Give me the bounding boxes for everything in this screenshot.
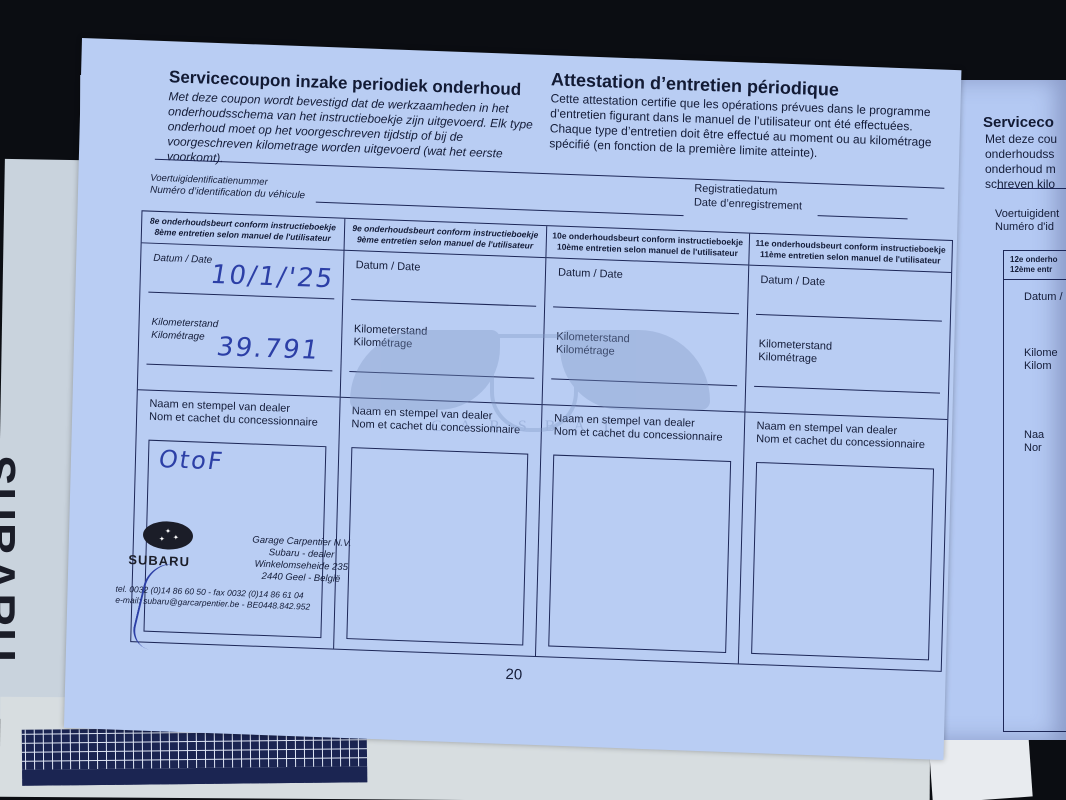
dealer-stamp-box[interactable]: [751, 462, 934, 660]
date-field[interactable]: [351, 299, 536, 307]
right-page-vin-label: Voertuigident Numéro d'id: [995, 208, 1059, 234]
coupon-9: 9e onderhoudsbeurt conform instructieboe…: [334, 219, 548, 656]
dealer-label: Naam en stempel van dealerNom et cachet …: [351, 405, 520, 437]
right-page-text: Met deze cou onderhoudss onderhoud m sch…: [985, 132, 1057, 192]
right-page-dealer-label: Naa Nor: [1024, 429, 1044, 455]
subaru-logo-icon: ✦✦✦: [143, 521, 194, 551]
dealer-stamp-box[interactable]: [346, 447, 528, 645]
dealer-handwritten: OtoF: [157, 445, 226, 475]
section-divider: [543, 404, 744, 412]
km-label: KilometerstandKilométrage: [151, 316, 218, 344]
coupon-10: 10e onderhoudsbeurt conform instructiebo…: [536, 226, 750, 663]
date-label: Datum / Date: [153, 252, 212, 267]
registration-date-field[interactable]: [818, 215, 908, 219]
page-number: 20: [505, 666, 522, 684]
coupon-8: 8e onderhoudsbeurt conform instructieboe…: [131, 211, 345, 648]
edge-brand-text: SUBARU: [0, 455, 26, 664]
coupon-header: 11e onderhoudsbeurt conform instructiebo…: [749, 234, 952, 273]
coupon-header: 9e onderhoudsbeurt conform instructieboe…: [344, 219, 546, 258]
right-page-title: Serviceco: [983, 114, 1054, 131]
km-label: KilometerstandKilométrage: [556, 331, 630, 360]
intro-dutch: Met deze coupon wordt bevestigd dat de w…: [167, 89, 549, 178]
registration-label-french: Date d’enregistrement: [694, 197, 802, 213]
section-divider: [745, 412, 947, 420]
dealer-label: Naam en stempel van dealerNom et cachet …: [756, 420, 925, 452]
vin-label-french: Numéro d’identification du véhicule: [150, 185, 305, 202]
service-coupon-page: Servicecoupon inzake periodiek onderhoud…: [64, 38, 962, 760]
coupon-header: 8e onderhoudsbeurt conform instructieboe…: [142, 211, 344, 250]
dealer-label: Naam en stempel van dealerNom et cachet …: [554, 413, 723, 445]
header-divider: [155, 159, 945, 189]
intro-french: Cette attestation certifie que les opéra…: [549, 91, 945, 165]
dealer-stamp-box[interactable]: [548, 455, 730, 653]
coupon-header: 10e onderhoudsbeurt conform instructiebo…: [546, 226, 748, 265]
date-label: Datum / Date: [355, 259, 420, 274]
km-label: KilometerstandKilométrage: [353, 323, 427, 352]
km-field[interactable]: [349, 371, 534, 379]
right-page-km-label: Kilome Kilom: [1024, 347, 1058, 373]
right-page-date-label: Datum /: [1024, 291, 1063, 304]
date-label: Datum / Date: [558, 267, 623, 282]
right-page-coupon-header: 12e onderho 12ème entr: [1004, 251, 1066, 280]
km-value-handwritten: 39.791: [214, 332, 322, 366]
km-field[interactable]: [754, 386, 940, 394]
right-page-divider: [997, 188, 1066, 189]
section-divider: [340, 397, 541, 405]
date-field[interactable]: [553, 306, 738, 314]
coupon-11: 11e onderhoudsbeurt conform instructiebo…: [738, 234, 952, 671]
date-label: Datum / Date: [760, 274, 825, 289]
right-page-coupon: 12e onderho 12ème entr Datum / Kilome Ki…: [1003, 250, 1066, 732]
km-field[interactable]: [551, 378, 736, 386]
km-label: KilometerstandKilométrage: [758, 338, 832, 367]
maintenance-coupon-table: 8e onderhoudsbeurt conform instructieboe…: [130, 210, 953, 672]
registration-label-dutch: Registratiedatum: [694, 183, 777, 198]
dealer-label: Naam en stempel van dealerNom et cachet …: [149, 398, 318, 430]
vin-field[interactable]: [316, 202, 684, 216]
signature-scribble: [129, 557, 191, 655]
date-value-handwritten: 10/1/'25: [208, 260, 336, 294]
date-field[interactable]: [755, 314, 941, 322]
section-divider: [138, 389, 339, 397]
dealer-stamp-box[interactable]: OtoF ✦✦✦ SUBARU Garage Carpentier N.V. S…: [143, 440, 325, 638]
